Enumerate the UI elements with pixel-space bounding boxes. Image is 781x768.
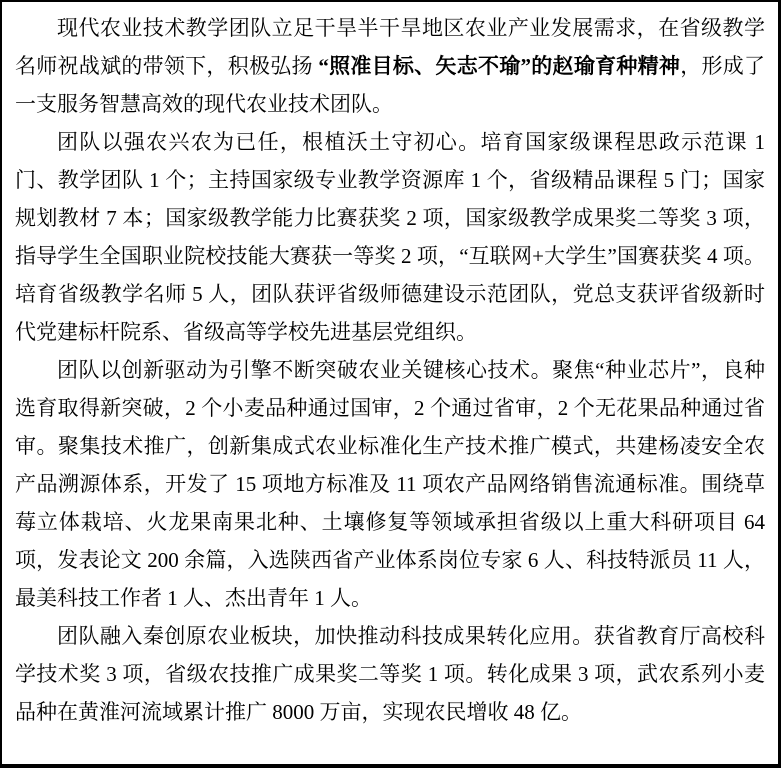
paragraph-team-intro: 现代农业技术教学团队立足干旱半干旱地区农业产业发展需求，在省级教学名师祝战斌的带… <box>15 9 765 123</box>
bold-breeding-spirit-quote: “照准目标、矢志不瑜”的赵瑜育种精神 <box>318 54 680 78</box>
paragraph-text: 团队融入秦创原农业板块，加快推动科技成果转化应用。获省教育厅高校科学技术奖 3 … <box>15 624 765 724</box>
paragraph-transformation-achievements: 团队融入秦创原农业板块，加快推动科技成果转化应用。获省教育厅高校科学技术奖 3 … <box>15 617 765 731</box>
paragraph-text: 团队以创新驱动为引擎不断突破农业关键核心技术。聚焦“种业芯片”，良种选育取得新突… <box>15 358 765 610</box>
paragraph-teaching-achievements: 团队以强农兴农为已任，根植沃土守初心。培育国家级课程思政示范课 1 门、教学团队… <box>15 123 765 351</box>
paragraph-innovation-achievements: 团队以创新驱动为引擎不断突破农业关键核心技术。聚焦“种业芯片”，良种选育取得新突… <box>15 351 765 617</box>
paragraph-text: 团队以强农兴农为已任，根植沃土守初心。培育国家级课程思政示范课 1 门、教学团队… <box>15 130 765 344</box>
document-page: 现代农业技术教学团队立足干旱半干旱地区农业产业发展需求，在省级教学名师祝战斌的带… <box>0 0 781 768</box>
